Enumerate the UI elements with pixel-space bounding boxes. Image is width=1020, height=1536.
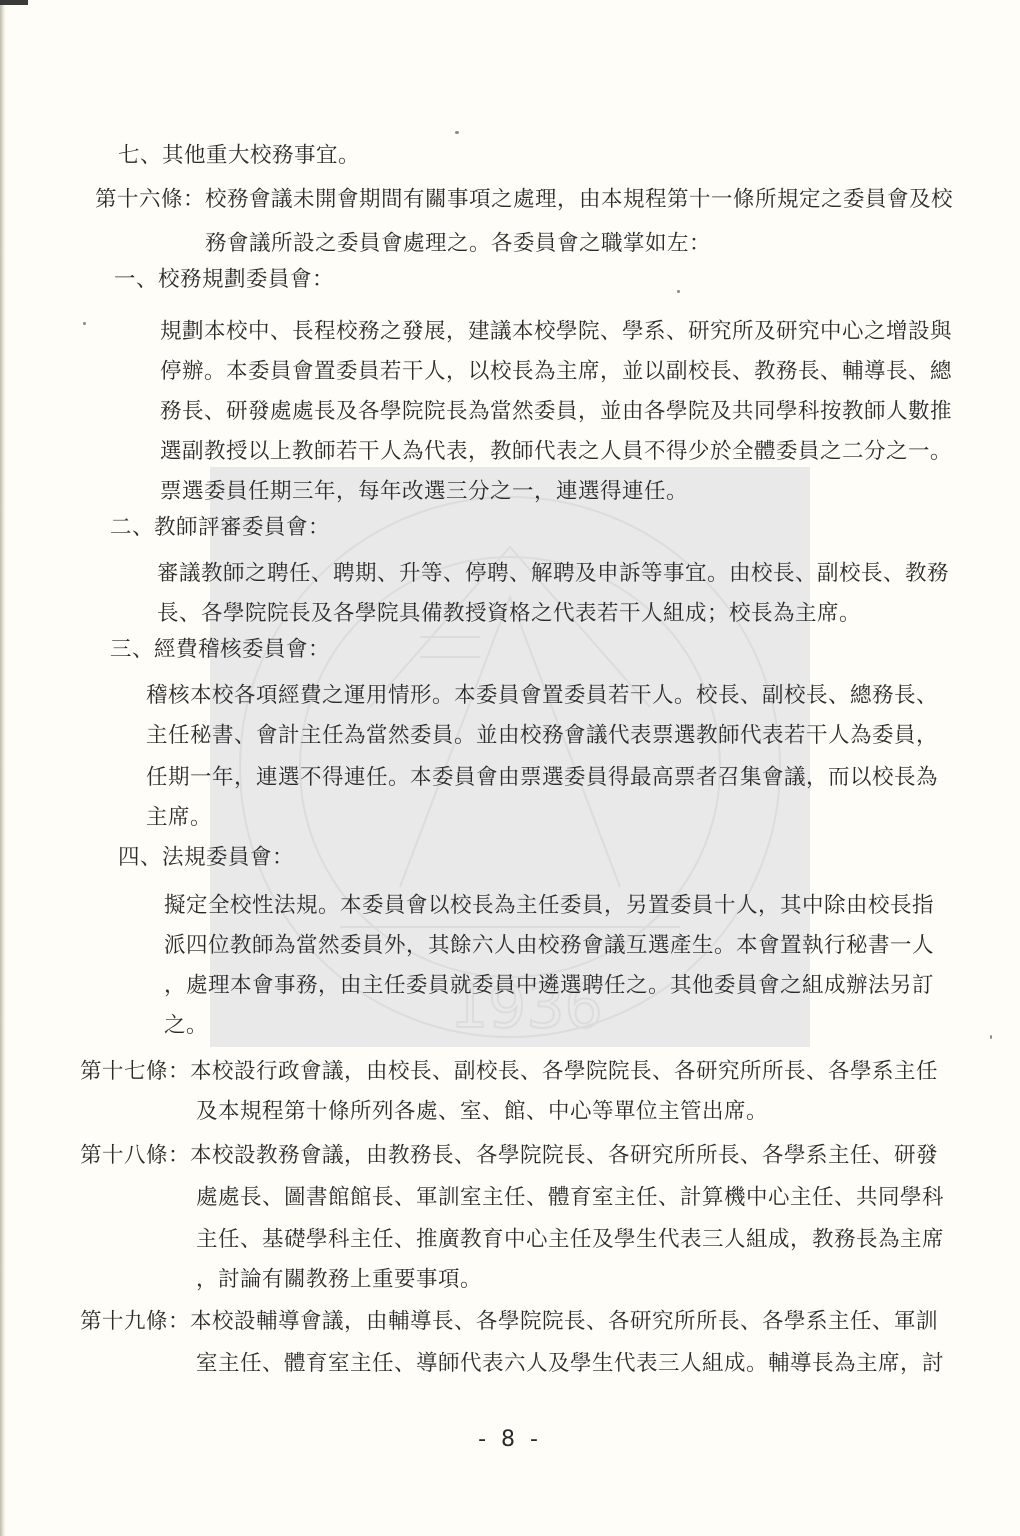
text-line: 長、各學院院長及各學院具備教授資格之代表若干人組成；校長為主席。 [157, 600, 861, 628]
binding-mark [0, 0, 28, 5]
text-line: 處處長、圖書館館長、軍訓室主任、體育室主任、計算機中心主任、共同學科 [196, 1184, 944, 1212]
text-line: 主任、基礎學科主任、推廣教育中心主任及學生代表三人組成，教務長為主席 [196, 1226, 944, 1254]
text-line: ，處理本會事務，由主任委員就委員中遴選聘任之。其他委員會之組成辦法另訂 [164, 972, 934, 1000]
scan-speck [677, 290, 680, 293]
text-line: 務長、研發處處長及各學院院長為當然委員，並由各學院及共同學科按教師人數推 [160, 398, 952, 426]
seal-emblem-icon: 1936 [210, 467, 810, 1047]
text-line: 及本規程第十條所列各處、室、館、中心等單位主管出席。 [196, 1098, 768, 1126]
article-17-heading: 第十七條：本校設行政會議，由校長、副校長、各學院院長、各研究所所長、各學系主任 [80, 1058, 938, 1086]
text-line: 票選委員任期三年，每年改選三分之一，連選得連任。 [160, 478, 688, 506]
text-line: 主席。 [146, 804, 212, 832]
text-line: 派四位教師為當然委員外，其餘六人由校務會議互選產生。本會置執行秘書一人 [164, 932, 934, 960]
scan-speck [83, 322, 86, 325]
text-line: 任期一年，連選不得連任。本委員會由票選委員得最高票者召集會議，而以校長為 [146, 764, 938, 792]
text-line: 之。 [164, 1012, 208, 1040]
page-number: - 8 - [0, 1427, 1020, 1452]
text-line: 稽核本校各項經費之運用情形。本委員會置委員若干人。校長、副校長、總務長、 [146, 682, 938, 710]
committee-heading: 一、校務規劃委員會： [114, 266, 334, 294]
text-line: 規劃本校中、長程校務之發展，建議本校學院、學系、研究所及研究中心之增設與 [160, 318, 952, 346]
text-line: 七、其他重大校務事宜。 [118, 142, 360, 170]
text-line: ，討論有關教務上重要事項。 [196, 1266, 482, 1294]
scan-speck [455, 131, 459, 134]
scan-speck [990, 1035, 992, 1039]
watermark-seal: 1936 [210, 467, 810, 1047]
article-16-heading: 第十六條：校務會議未開會期間有關事項之處理，由本規程第十一條所規定之委員會及校 [95, 186, 953, 214]
text-line: 審議教師之聘任、聘期、升等、停聘、解聘及申訴等事宜。由校長、副校長、教務 [157, 560, 949, 588]
article-18-heading: 第十八條：本校設教務會議，由教務長、各學院院長、各研究所所長、各學系主任、研發 [80, 1142, 938, 1170]
article-19-heading: 第十九條：本校設輔導會議，由輔導長、各學院院長、各研究所所長、各學系主任、軍訓 [80, 1308, 938, 1336]
committee-heading: 三、經費稽核委員會： [110, 636, 330, 664]
binding-edge [0, 0, 6, 1536]
committee-heading: 二、教師評審委員會： [110, 514, 330, 542]
committee-heading: 四、法規委員會： [118, 844, 294, 872]
text-line: 務會議所設之委員會處理之。各委員會之職掌如左： [205, 230, 711, 258]
text-line: 主任秘書、會計主任為當然委員。並由校務會議代表票選教師代表若干人為委員， [146, 722, 938, 750]
text-line: 擬定全校性法規。本委員會以校長為主任委員，另置委員十人，其中除由校長指 [164, 892, 934, 920]
text-line: 停辦。本委員會置委員若干人，以校長為主席，並以副校長、教務長、輔導長、總 [160, 358, 952, 386]
text-line: 室主任、體育室主任、導師代表六人及學生代表三人組成。輔導長為主席，討 [196, 1350, 944, 1378]
text-line: 選副教授以上教師若干人為代表，教師代表之人員不得少於全體委員之二分之一。 [160, 438, 952, 466]
